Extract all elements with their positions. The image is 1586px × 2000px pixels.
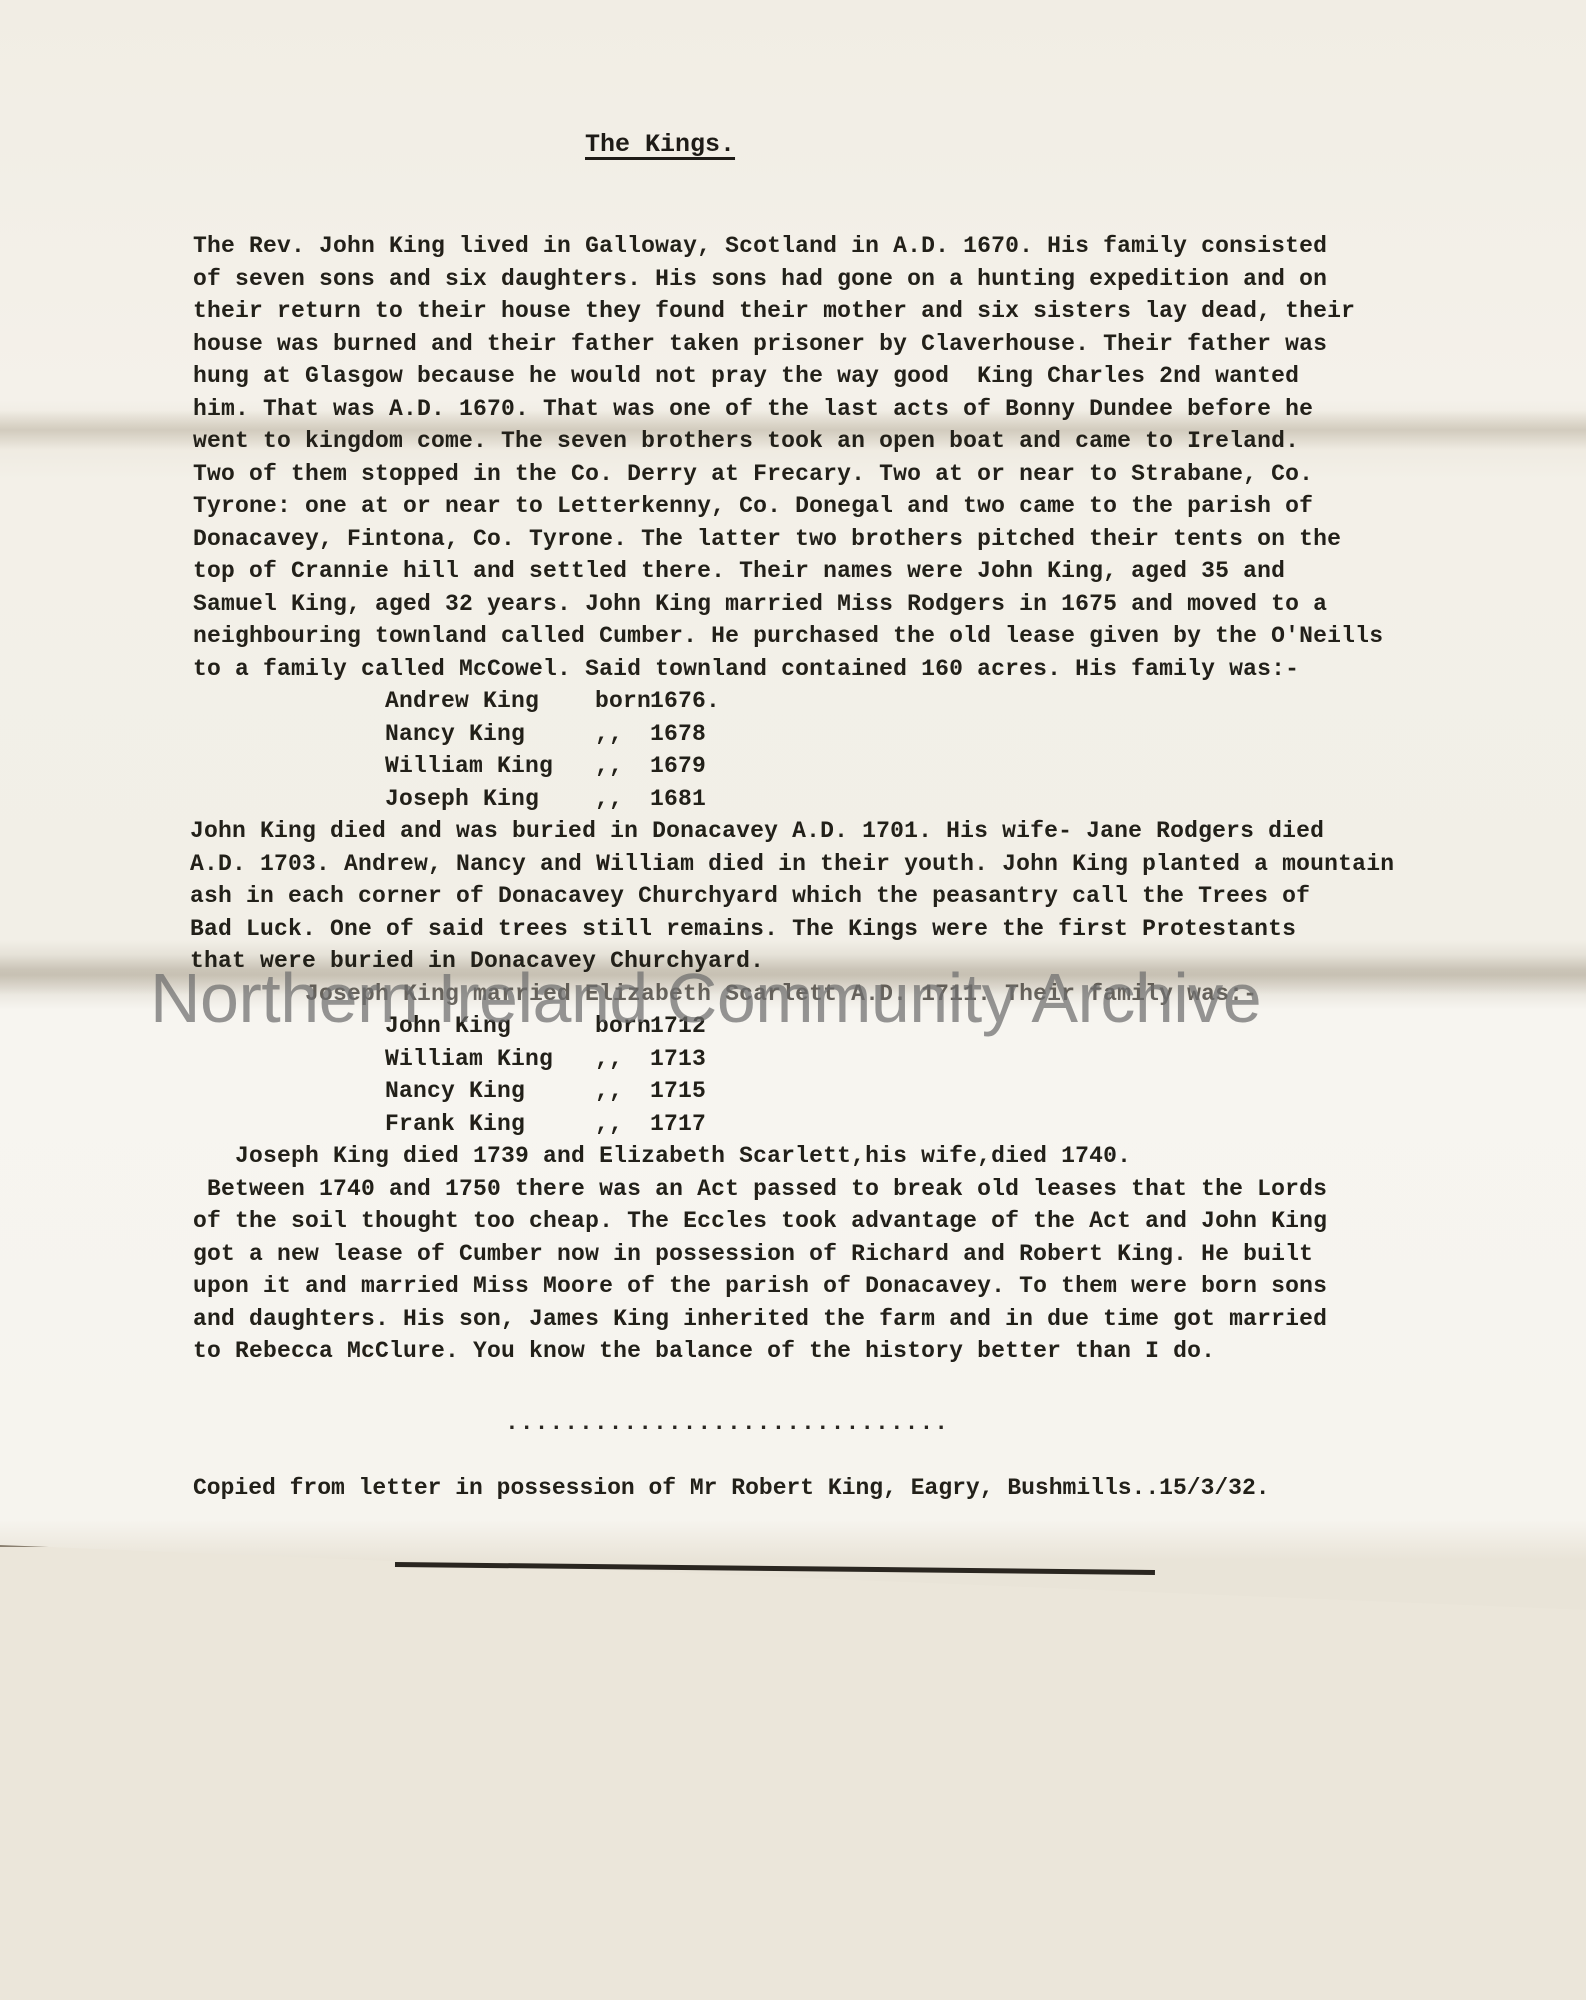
birth-year: 1676. xyxy=(650,685,720,718)
family-member-row: Frank King,,1717 xyxy=(385,1108,706,1141)
birth-year: 1681 xyxy=(650,783,706,816)
document-title: The Kings. xyxy=(585,130,735,159)
text-line: Two of them stopped in the Co. Derry at … xyxy=(193,458,1383,491)
text-line: Donacavey, Fintona, Co. Tyrone. The latt… xyxy=(193,523,1383,556)
text-line: him. That was A.D. 1670. That was one of… xyxy=(193,393,1383,426)
family-member-row: Nancy King,,1678 xyxy=(385,718,720,751)
dotted-divider: .............................. xyxy=(505,1410,949,1436)
paragraph-origin: The Rev. John King lived in Galloway, Sc… xyxy=(193,230,1383,685)
family-member-row: Joseph King,,1681 xyxy=(385,783,720,816)
text-line: of seven sons and six daughters. His son… xyxy=(193,263,1383,296)
birth-year: 1715 xyxy=(650,1075,706,1108)
text-line: Between 1740 and 1750 there was an Act p… xyxy=(193,1173,1327,1206)
member-name: Joseph King xyxy=(385,783,595,816)
birth-marker: ,, xyxy=(595,1075,650,1108)
text-line: house was burned and their father taken … xyxy=(193,328,1383,361)
birth-marker: ,, xyxy=(595,718,650,751)
family-member-row: Nancy King,,1715 xyxy=(385,1075,706,1108)
family-member-row: Andrew Kingborn1676. xyxy=(385,685,720,718)
member-name: William King xyxy=(385,750,595,783)
source-note: Copied from letter in possession of Mr R… xyxy=(193,1475,1270,1501)
text-line: Joseph King died 1739 and Elizabeth Scar… xyxy=(193,1140,1327,1173)
member-name: William King xyxy=(385,1043,595,1076)
family-member-row: William King,,1679 xyxy=(385,750,720,783)
birth-marker: ,, xyxy=(595,750,650,783)
birth-year: 1678 xyxy=(650,718,706,751)
text-line: got a new lease of Cumber now in possess… xyxy=(193,1238,1327,1271)
text-line: of the soil thought too cheap. The Eccle… xyxy=(193,1205,1327,1238)
folded-bottom-flap xyxy=(0,1545,1586,2000)
birth-year: 1679 xyxy=(650,750,706,783)
birth-marker: ,, xyxy=(595,1043,650,1076)
paragraph-leases: Joseph King died 1739 and Elizabeth Scar… xyxy=(193,1140,1327,1368)
text-line: neighbouring townland called Cumber. He … xyxy=(193,620,1383,653)
text-line: their return to their house they found t… xyxy=(193,295,1383,328)
text-line: went to kingdom come. The seven brothers… xyxy=(193,425,1383,458)
paragraph-burials: John King died and was buried in Donacav… xyxy=(190,815,1394,978)
text-line: to Rebecca McClure. You know the balance… xyxy=(193,1335,1327,1368)
family-member-row: William King,,1713 xyxy=(385,1043,706,1076)
family-list-john: Andrew Kingborn1676.Nancy King,,1678Will… xyxy=(385,685,720,815)
text-line: Tyrone: one at or near to Letterkenny, C… xyxy=(193,490,1383,523)
birth-year: 1717 xyxy=(650,1108,706,1141)
text-line: John King died and was buried in Donacav… xyxy=(190,815,1394,848)
text-line: to a family called McCowel. Said townlan… xyxy=(193,653,1383,686)
birth-marker: born xyxy=(595,685,650,718)
birth-marker: ,, xyxy=(595,1108,650,1141)
text-line: Bad Luck. One of said trees still remain… xyxy=(190,913,1394,946)
member-name: Andrew King xyxy=(385,685,595,718)
text-line: A.D. 1703. Andrew, Nancy and William die… xyxy=(190,848,1394,881)
birth-marker: ,, xyxy=(595,783,650,816)
text-line: Samuel King, aged 32 years. John King ma… xyxy=(193,588,1383,621)
text-line: upon it and married Miss Moore of the pa… xyxy=(193,1270,1327,1303)
member-name: Nancy King xyxy=(385,718,595,751)
member-name: Nancy King xyxy=(385,1075,595,1108)
text-line: ash in each corner of Donacavey Churchya… xyxy=(190,880,1394,913)
text-line: The Rev. John King lived in Galloway, Sc… xyxy=(193,230,1383,263)
archive-watermark: Northern Ireland Community Archive xyxy=(150,958,1261,1038)
text-line: hung at Glasgow because he would not pra… xyxy=(193,360,1383,393)
text-line: and daughters. His son, James King inher… xyxy=(193,1303,1327,1336)
text-line: top of Crannie hill and settled there. T… xyxy=(193,555,1383,588)
birth-year: 1713 xyxy=(650,1043,706,1076)
member-name: Frank King xyxy=(385,1108,595,1141)
